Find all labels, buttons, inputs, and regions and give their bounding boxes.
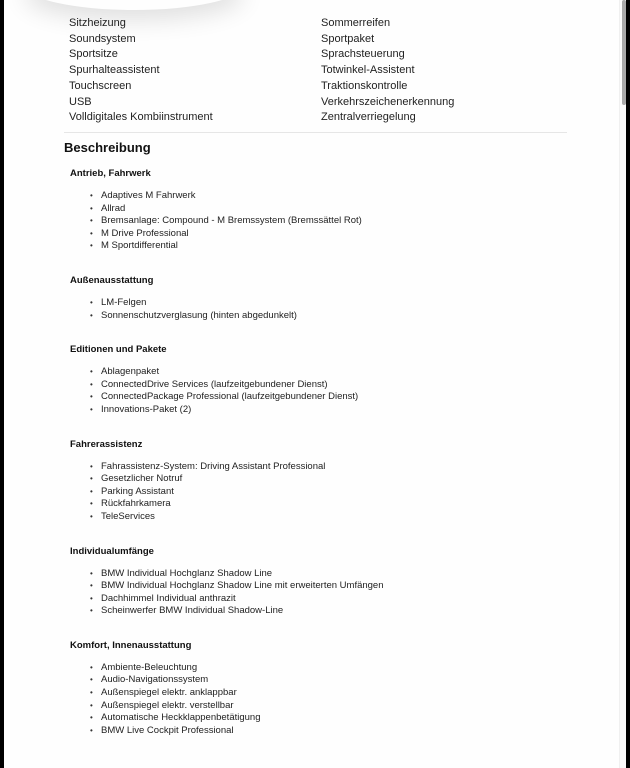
list-item: •Automatische Heckklappenbetätigung [90, 712, 590, 725]
list-item-text: BMW Individual Hochglanz Shadow Line mit… [101, 580, 384, 591]
description-groups: Antrieb, Fahrwerk•Adaptives M Fahrwerk•A… [70, 168, 590, 737]
feature-item: Soundsystem [69, 32, 321, 48]
list-item: •BMW Individual Hochglanz Shadow Line mi… [90, 580, 590, 593]
list-item: •Allrad [90, 203, 590, 216]
bullet-icon: • [90, 700, 93, 713]
list-item-text: LM-Felgen [101, 297, 146, 308]
list-item-text: Innovations-Paket (2) [101, 404, 191, 415]
list-item-text: M Sportdifferential [101, 240, 178, 251]
list-item: •Außenspiegel elektr. verstellbar [90, 700, 590, 713]
list-item-text: Fahrassistenz-System: Driving Assistant … [101, 461, 325, 472]
group-title: Editionen und Pakete [70, 344, 590, 356]
group-title: Individualumfänge [70, 546, 590, 558]
list-item: •BMW Individual Hochglanz Shadow Line [90, 568, 590, 581]
list-item-text: Ablagenpaket [101, 366, 159, 377]
list-item: •Adaptives M Fahrwerk [90, 190, 590, 203]
list-item-text: Adaptives M Fahrwerk [101, 190, 196, 201]
list-item-text: Audio-Navigationssystem [101, 674, 208, 685]
bullet-icon: • [90, 297, 93, 310]
group-item-list: •Ambiente-Beleuchtung•Audio-Navigationss… [70, 662, 590, 738]
description-heading: Beschreibung [64, 140, 151, 155]
list-item: •Scheinwerfer BMW Individual Shadow-Line [90, 605, 590, 618]
description-group: Fahrerassistenz•Fahrassistenz-System: Dr… [70, 439, 590, 524]
bullet-icon: • [90, 228, 93, 241]
bullet-icon: • [90, 580, 93, 593]
list-item: •BMW Live Cockpit Professional [90, 725, 590, 738]
bullet-icon: • [90, 379, 93, 392]
bullet-icon: • [90, 593, 93, 606]
list-item: •Ambiente-Beleuchtung [90, 662, 590, 675]
bullet-icon: • [90, 486, 93, 499]
group-item-list: •Adaptives M Fahrwerk•Allrad•Bremsanlage… [70, 190, 590, 253]
list-item: •Sonnenschutzverglasung (hinten abgedunk… [90, 310, 590, 323]
list-item: •Außenspiegel elektr. anklappbar [90, 687, 590, 700]
bullet-icon: • [90, 391, 93, 404]
scrollbar[interactable] [619, 0, 626, 768]
bullet-icon: • [90, 712, 93, 725]
bullet-icon: • [90, 687, 93, 700]
feature-item: Verkehrszeichenerkennung [321, 95, 569, 111]
list-item: •Audio-Navigationssystem [90, 674, 590, 687]
list-item-text: M Drive Professional [101, 228, 189, 239]
feature-item: Sportpaket [321, 32, 569, 48]
list-item: •Gesetzlicher Notruf [90, 473, 590, 486]
feature-item: Zentralverriegelung [321, 110, 569, 126]
list-item-text: Automatische Heckklappenbetätigung [101, 712, 261, 723]
bullet-icon: • [90, 511, 93, 524]
group-title: Fahrerassistenz [70, 439, 590, 451]
bullet-icon: • [90, 725, 93, 738]
list-item-text: ConnectedDrive Services (laufzeitgebunde… [101, 379, 328, 390]
bullet-icon: • [90, 404, 93, 417]
bullet-icon: • [90, 240, 93, 253]
description-group: Individualumfänge•BMW Individual Hochgla… [70, 546, 590, 618]
feature-item: Sommerreifen [321, 16, 569, 32]
feature-item: Volldigitales Kombiinstrument [69, 110, 321, 126]
page-viewport: Sitzheizung Sommerreifen Soundsystem Spo… [4, 0, 626, 768]
group-item-list: •LM-Felgen•Sonnenschutzverglasung (hinte… [70, 297, 590, 322]
list-item-text: Gesetzlicher Notruf [101, 473, 182, 484]
feature-item: Sitzheizung [69, 16, 321, 32]
list-item: •M Drive Professional [90, 228, 590, 241]
list-item-text: Sonnenschutzverglasung (hinten abgedunke… [101, 310, 297, 321]
list-item-text: ConnectedPackage Professional (laufzeitg… [101, 391, 358, 402]
list-item: •LM-Felgen [90, 297, 590, 310]
list-item-text: Außenspiegel elektr. verstellbar [101, 700, 234, 711]
bullet-icon: • [90, 215, 93, 228]
feature-item: Spurhalteassistent [69, 63, 321, 79]
list-item-text: Scheinwerfer BMW Individual Shadow-Line [101, 605, 283, 616]
list-item: •Parking Assistant [90, 486, 590, 499]
list-item: •TeleServices [90, 511, 590, 524]
group-title: Außenausstattung [70, 275, 590, 287]
list-item: •Fahrassistenz-System: Driving Assistant… [90, 461, 590, 474]
description-group: Antrieb, Fahrwerk•Adaptives M Fahrwerk•A… [70, 168, 590, 253]
feature-item: Touchscreen [69, 79, 321, 95]
description-group: Außenausstattung•LM-Felgen•Sonnenschutzv… [70, 275, 590, 322]
list-item-text: BMW Live Cockpit Professional [101, 725, 234, 736]
bullet-icon: • [90, 190, 93, 203]
feature-item: Totwinkel-Assistent [321, 63, 569, 79]
bullet-icon: • [90, 568, 93, 581]
feature-list: Sitzheizung Sommerreifen Soundsystem Spo… [69, 16, 569, 126]
bullet-icon: • [90, 498, 93, 511]
list-item-text: Bremsanlage: Compound - M Bremssystem (B… [101, 215, 362, 226]
list-item: •ConnectedPackage Professional (laufzeit… [90, 391, 590, 404]
group-item-list: •Ablagenpaket•ConnectedDrive Services (l… [70, 366, 590, 416]
list-item: •M Sportdifferential [90, 240, 590, 253]
list-item: •Bremsanlage: Compound - M Bremssystem (… [90, 215, 590, 228]
list-item-text: Ambiente-Beleuchtung [101, 662, 197, 673]
list-item-text: Parking Assistant [101, 486, 174, 497]
bullet-icon: • [90, 203, 93, 216]
description-group: Editionen und Pakete•Ablagenpaket•Connec… [70, 344, 590, 416]
list-item-text: BMW Individual Hochglanz Shadow Line [101, 568, 272, 579]
group-item-list: •Fahrassistenz-System: Driving Assistant… [70, 461, 590, 524]
group-item-list: •BMW Individual Hochglanz Shadow Line•BM… [70, 568, 590, 618]
list-item-text: Allrad [101, 203, 125, 214]
list-item-text: TeleServices [101, 511, 155, 522]
list-item-text: Rückfahrkamera [101, 498, 171, 509]
bullet-icon: • [90, 461, 93, 474]
list-item: •Ablagenpaket [90, 366, 590, 379]
list-item-text: Dachhimmel Individual anthrazit [101, 593, 236, 604]
bullet-icon: • [90, 310, 93, 323]
group-title: Komfort, Innenausstattung [70, 640, 590, 652]
scrollbar-thumb[interactable] [622, 0, 626, 105]
list-item: •Dachhimmel Individual anthrazit [90, 593, 590, 606]
bullet-icon: • [90, 473, 93, 486]
feature-item: USB [69, 95, 321, 111]
section-divider [64, 132, 567, 133]
description-group: Komfort, Innenausstattung•Ambiente-Beleu… [70, 640, 590, 738]
bullet-icon: • [90, 662, 93, 675]
list-item: •ConnectedDrive Services (laufzeitgebund… [90, 379, 590, 392]
feature-item: Sportsitze [69, 47, 321, 63]
bullet-icon: • [90, 366, 93, 379]
feature-item: Traktionskontrolle [321, 79, 569, 95]
list-item-text: Außenspiegel elektr. anklappbar [101, 687, 237, 698]
feature-item: Sprachsteuerung [321, 47, 569, 63]
group-title: Antrieb, Fahrwerk [70, 168, 590, 180]
list-item: •Rückfahrkamera [90, 498, 590, 511]
bullet-icon: • [90, 674, 93, 687]
card-shadow [24, 0, 244, 10]
bullet-icon: • [90, 605, 93, 618]
list-item: •Innovations-Paket (2) [90, 404, 590, 417]
